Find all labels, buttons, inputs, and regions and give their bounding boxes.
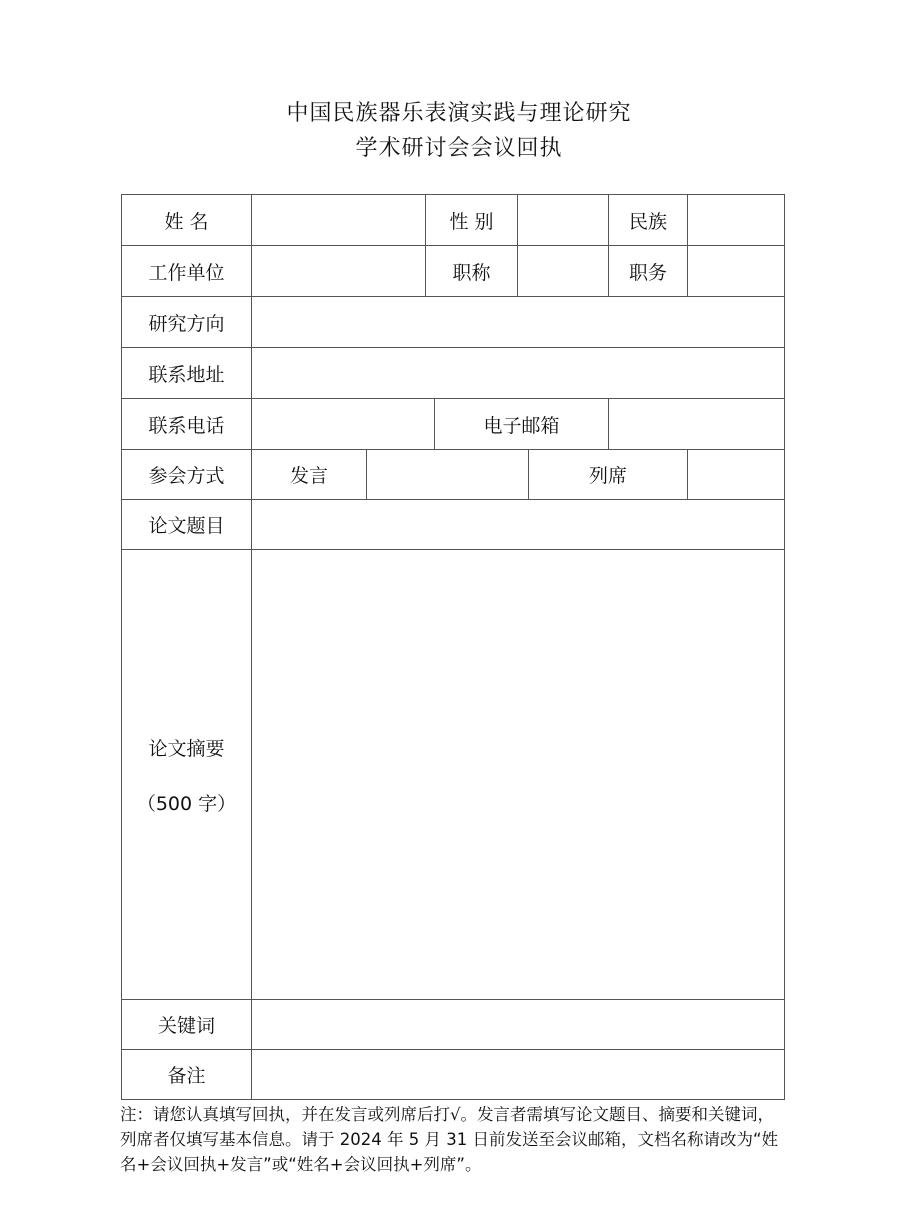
abstract-label-cell: 论文摘要 （500 字） [121,549,252,1000]
form-title-line2: 学术研讨会会议回执 [0,131,918,162]
email-field[interactable] [608,398,785,450]
research-direction-label: 研究方向 [121,296,252,348]
ethnicity-label: 民族 [608,194,688,246]
name-field[interactable] [251,194,426,246]
abstract-word-limit: （500 字） [137,789,236,816]
keywords-field[interactable] [251,999,785,1050]
attend-option-label: 列席 [528,449,688,500]
remarks-label: 备注 [121,1049,252,1100]
speak-option-label: 发言 [251,449,367,500]
keywords-label: 关键词 [121,999,252,1050]
professional-title-field[interactable] [517,245,609,297]
attendance-mode-label: 参会方式 [121,449,252,500]
gender-field[interactable] [517,194,609,246]
remarks-field[interactable] [251,1049,785,1100]
attend-checkbox-cell[interactable] [687,449,785,500]
abstract-field[interactable] [251,549,785,1000]
position-field[interactable] [687,245,785,297]
phone-field[interactable] [251,398,435,450]
email-label: 电子邮箱 [434,398,609,450]
address-label: 联系地址 [121,347,252,399]
instructions-note: 注：请您认真填写回执，并在发言或列席后打√。发言者需填写论文题目、摘要和关键词，… [120,1102,788,1177]
address-field[interactable] [251,347,785,399]
speak-checkbox-cell[interactable] [366,449,529,500]
ethnicity-field[interactable] [687,194,785,246]
research-direction-field[interactable] [251,296,785,348]
workplace-label: 工作单位 [121,245,252,297]
phone-label: 联系电话 [121,398,252,450]
workplace-field[interactable] [251,245,426,297]
form-title-line1: 中国民族器乐表演实践与理论研究 [0,96,918,127]
name-label: 姓 名 [121,194,252,246]
professional-title-label: 职称 [425,245,518,297]
paper-title-label: 论文题目 [121,499,252,550]
position-label: 职务 [608,245,688,297]
paper-title-field[interactable] [251,499,785,550]
gender-label: 性 别 [425,194,518,246]
abstract-label: 论文摘要 [148,734,224,761]
